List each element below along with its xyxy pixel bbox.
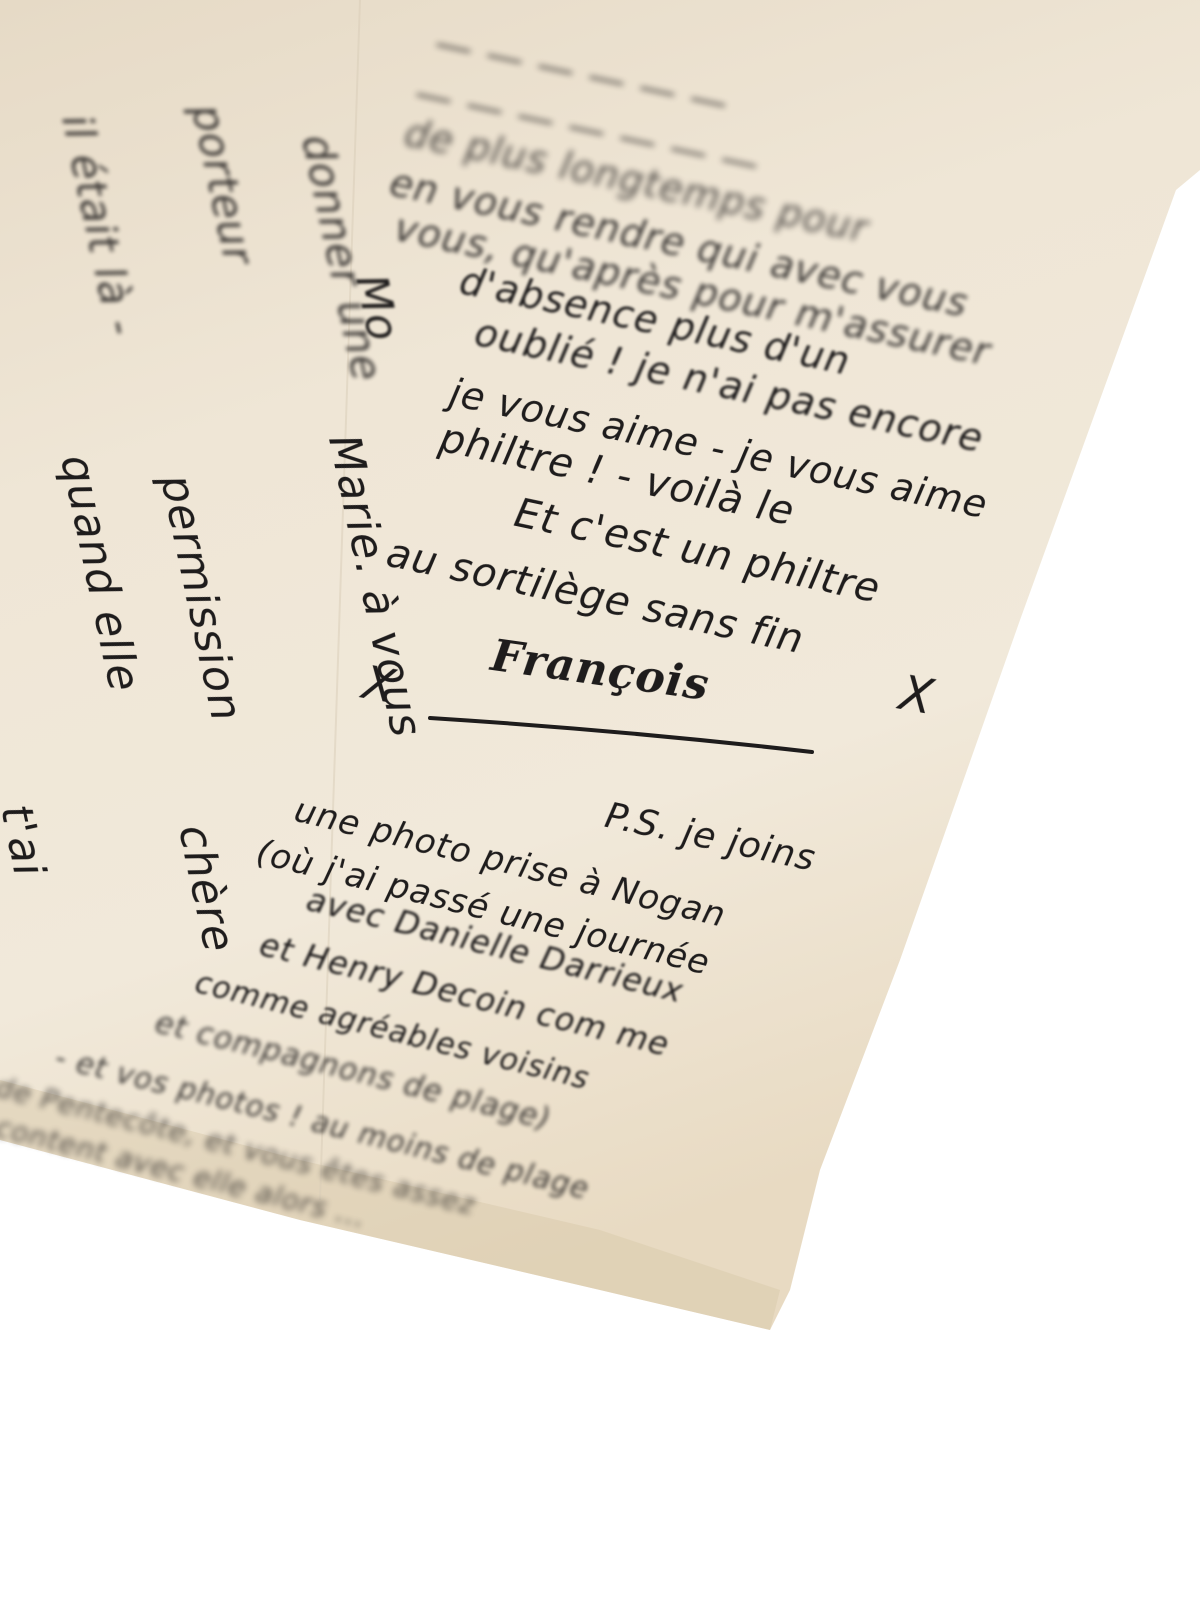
signature-underline xyxy=(0,0,1200,1600)
handwriting: — — — — — — — — — — — — — de plus longte… xyxy=(0,0,1200,1600)
letter-photo: — — — — — — — — — — — — — de plus longte… xyxy=(0,0,1200,1600)
